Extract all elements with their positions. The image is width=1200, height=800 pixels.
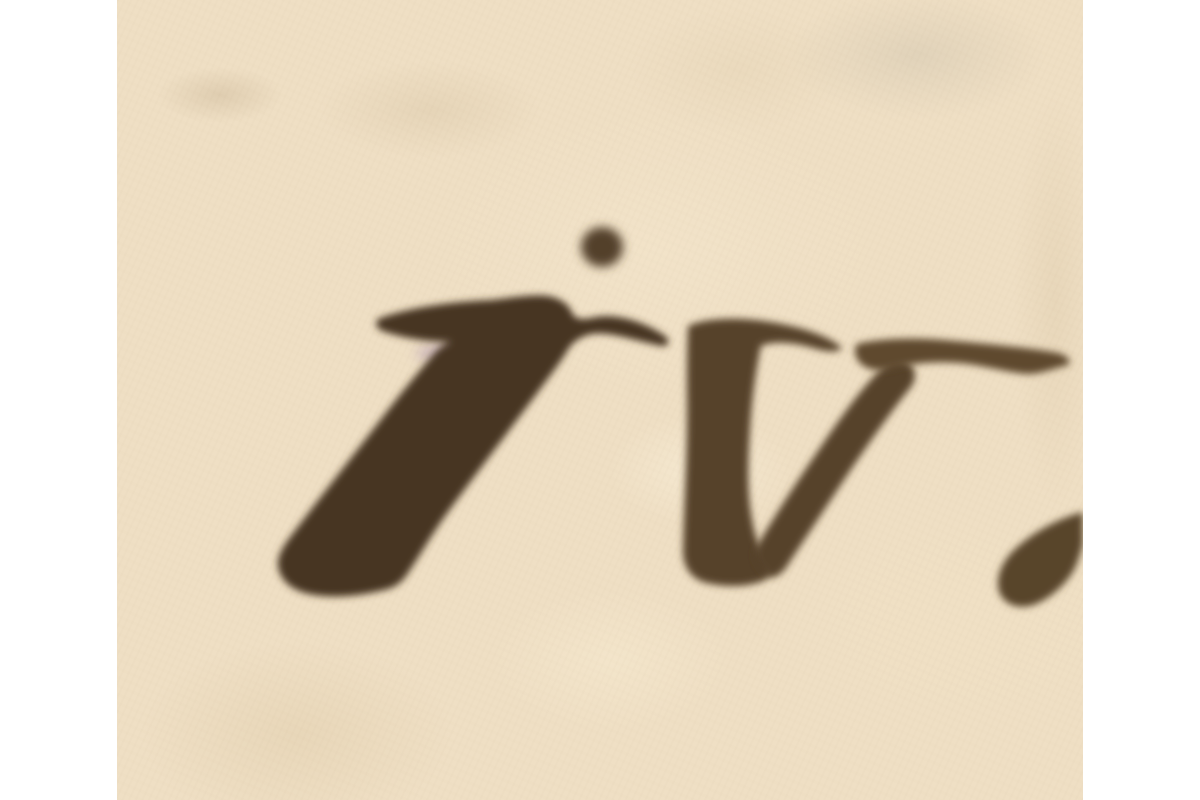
letterbox-right: [1083, 0, 1200, 800]
glyph-i: [278, 295, 669, 596]
letterbox-left: [0, 0, 117, 800]
glyph-v-diagonal: [755, 360, 915, 577]
glyph-i-dot: [581, 227, 623, 267]
manuscript-scan: iv: [0, 0, 1200, 800]
glyph-partial-letter: [998, 512, 1083, 607]
ink-glyphs: [0, 0, 1200, 800]
glyph-v-bar: [855, 339, 1070, 374]
